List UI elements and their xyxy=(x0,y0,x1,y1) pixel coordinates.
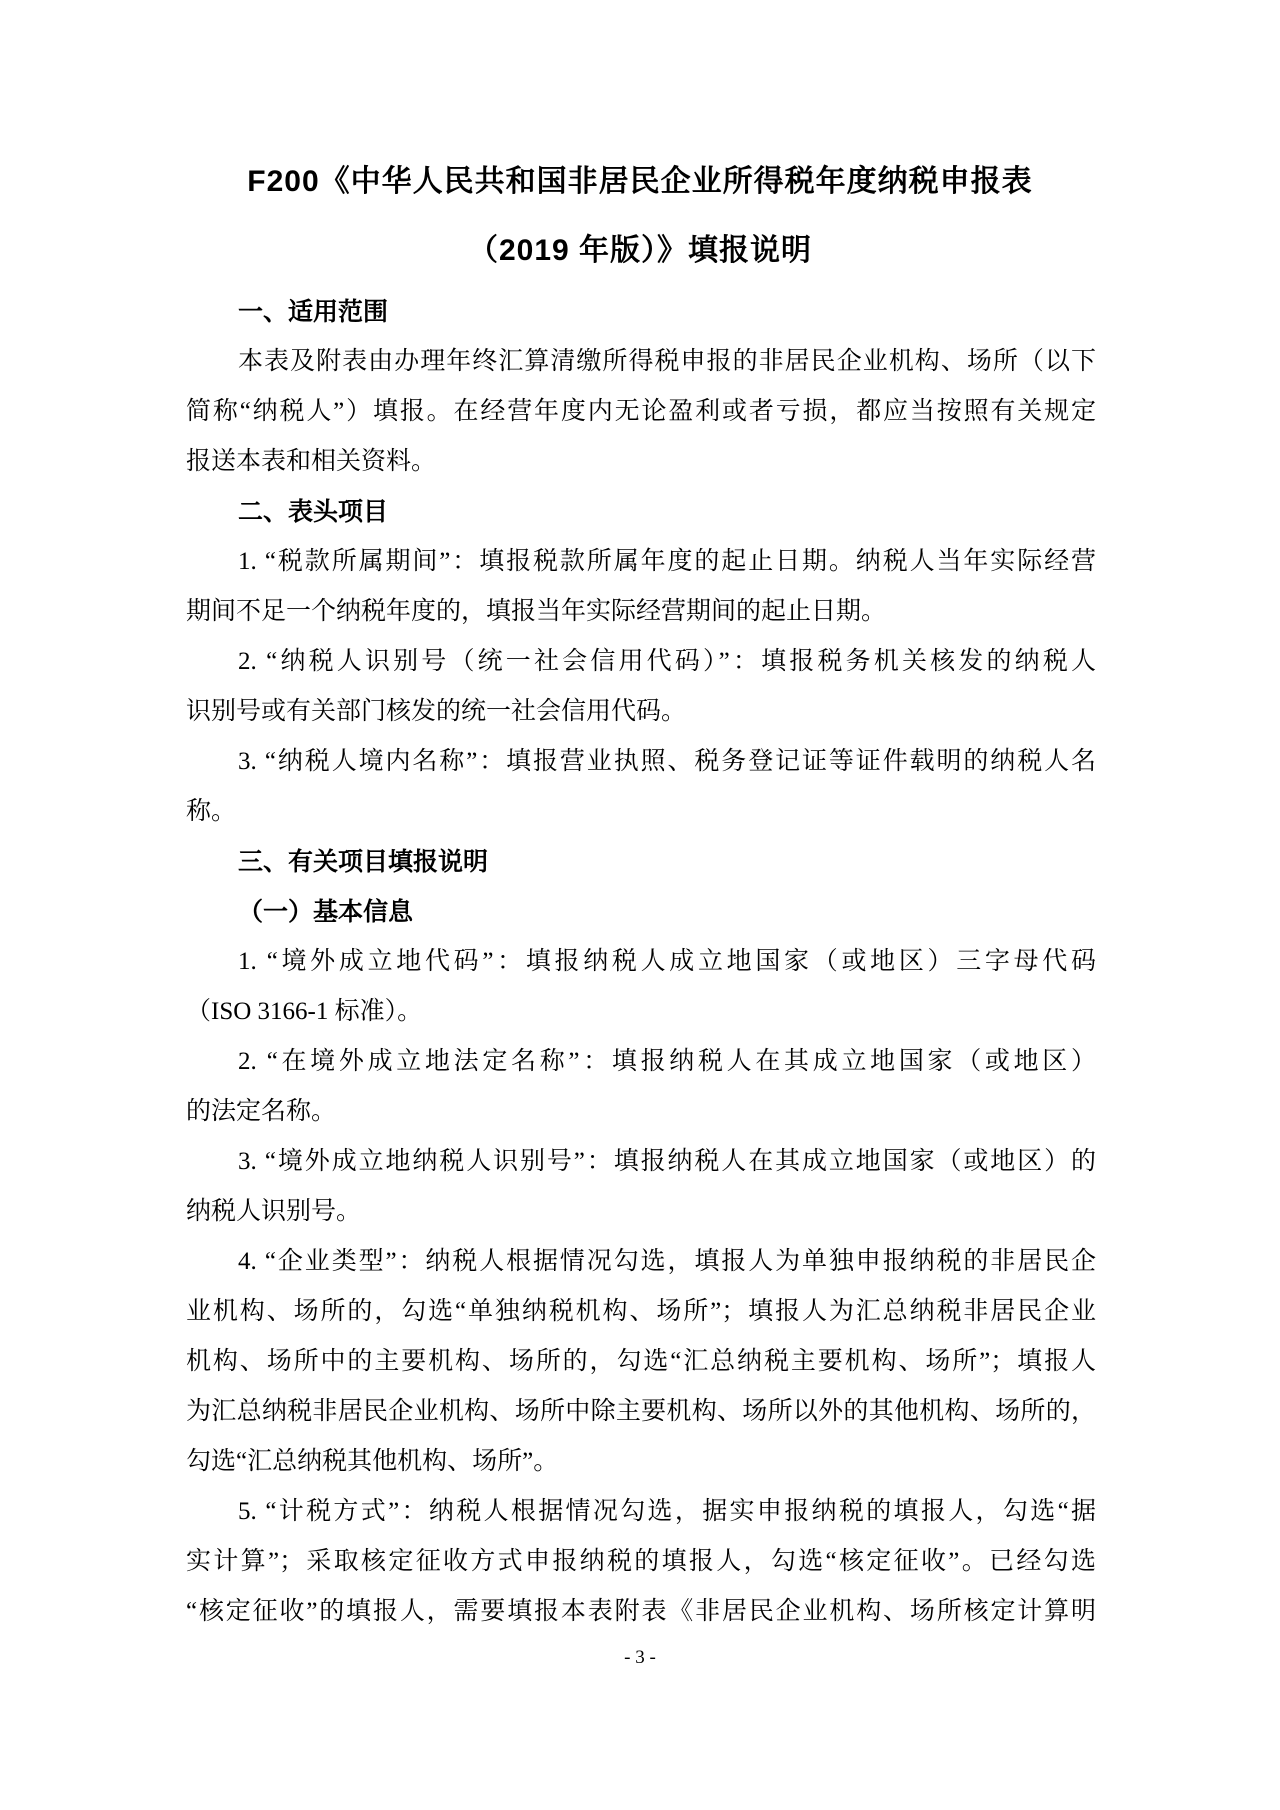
paragraph-line: 2. “在境外成立地法定名称”：填报纳税人在其成立地国家（或地区） xyxy=(186,1037,1096,1087)
paragraph-line: 机构、场所中的主要机构、场所的，勾选“汇总纳税主要机构、场所”；填报人 xyxy=(186,1337,1096,1387)
paragraph-line: 2. “纳税人识别号（统一社会信用代码）”：填报税务机关核发的纳税人 xyxy=(186,637,1096,687)
paragraph-line: 期间不足一个纳税年度的，填报当年实际经营期间的起止日期。 xyxy=(186,587,1096,637)
section-heading: 一、适用范围 xyxy=(186,287,1096,337)
paragraph-line: 勾选“汇总纳税其他机构、场所”。 xyxy=(186,1437,1096,1487)
paragraph-line: 4. “企业类型”：纳税人根据情况勾选，填报人为单独申报纳税的非居民企 xyxy=(186,1237,1096,1287)
paragraph-line: 简称“纳税人”）填报。在经营年度内无论盈利或者亏损，都应当按照有关规定 xyxy=(186,387,1096,437)
page-number: - 3 - xyxy=(0,1643,1280,1673)
paragraph-line: 报送本表和相关资料。 xyxy=(186,437,1096,487)
section-heading: 三、有关项目填报说明 xyxy=(186,837,1096,887)
paragraph-line: 3. “境外成立地纳税人识别号”：填报纳税人在其成立地国家（或地区）的 xyxy=(186,1137,1096,1187)
paragraph-line: 为汇总纳税非居民企业机构、场所中除主要机构、场所以外的其他机构、场所的， xyxy=(186,1387,1096,1437)
paragraph-line: 业机构、场所的，勾选“单独纳税机构、场所”；填报人为汇总纳税非居民企业 xyxy=(186,1287,1096,1337)
paragraph-line: “核定征收”的填报人，需要填报本表附表《非居民企业机构、场所核定计算明 xyxy=(186,1587,1096,1637)
paragraph-line: 本表及附表由办理年终汇算清缴所得税申报的非居民企业机构、场所（以下 xyxy=(186,337,1096,387)
paragraph-line: 3. “纳税人境内名称”：填报营业执照、税务登记证等证件载明的纳税人名 xyxy=(186,737,1096,787)
document-title-line-1: F200《中华人民共和国非居民企业所得税年度纳税申报表 xyxy=(0,164,1280,200)
paragraph-line: 识别号或有关部门核发的统一社会信用代码。 xyxy=(186,687,1096,737)
document-body: 一、适用范围本表及附表由办理年终汇算清缴所得税申报的非居民企业机构、场所（以下简… xyxy=(186,287,1096,1637)
document-header: F200《中华人民共和国非居民企业所得税年度纳税申报表 （2019 年版）》填报… xyxy=(0,0,1280,269)
document-page: F200《中华人民共和国非居民企业所得税年度纳税申报表 （2019 年版）》填报… xyxy=(0,0,1280,1810)
section-heading: 二、表头项目 xyxy=(186,487,1096,537)
paragraph-line: 1. “税款所属期间”：填报税款所属年度的起止日期。纳税人当年实际经营 xyxy=(186,537,1096,587)
paragraph-line: 称。 xyxy=(186,787,1096,837)
paragraph-line: 5. “计税方式”：纳税人根据情况勾选，据实申报纳税的填报人，勾选“据 xyxy=(186,1487,1096,1537)
section-heading: （一）基本信息 xyxy=(186,887,1096,937)
paragraph-line: （ISO 3166-1 标准）。 xyxy=(186,987,1096,1037)
paragraph-line: 的法定名称。 xyxy=(186,1087,1096,1137)
paragraph-line: 1. “境外成立地代码”：填报纳税人成立地国家（或地区）三字母代码 xyxy=(186,937,1096,987)
document-title-line-2: （2019 年版）》填报说明 xyxy=(0,233,1280,269)
paragraph-line: 纳税人识别号。 xyxy=(186,1187,1096,1237)
paragraph-line: 实计算”；采取核定征收方式申报纳税的填报人，勾选“核定征收”。已经勾选 xyxy=(186,1537,1096,1587)
